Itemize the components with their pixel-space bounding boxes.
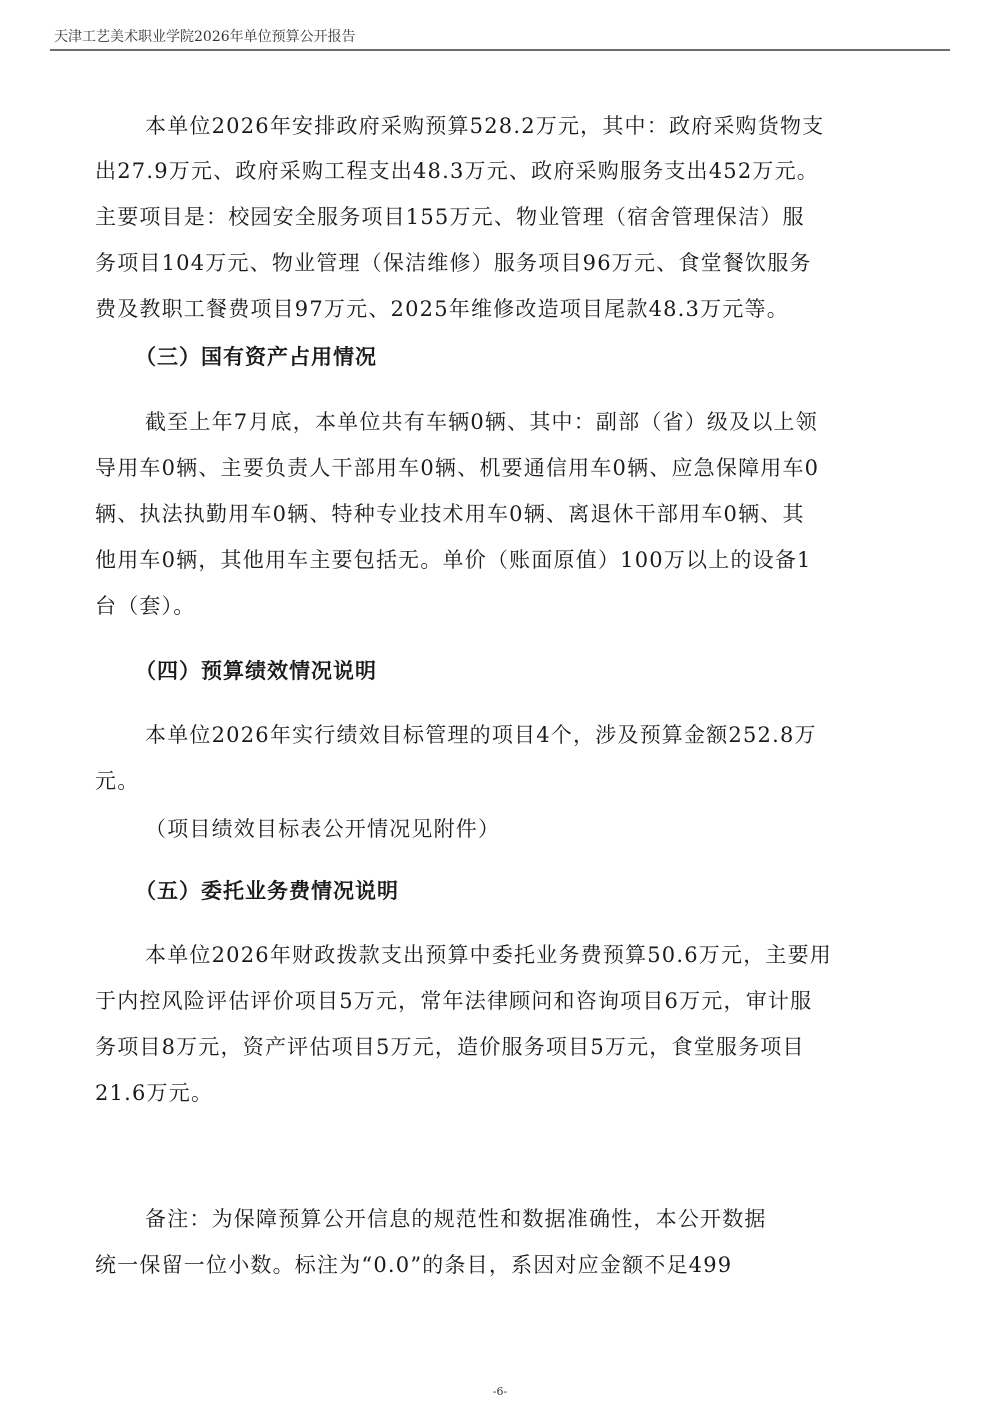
section-heading: （五）委托业务费情况说明: [135, 877, 399, 905]
paragraph-line: 备注：为保障预算公开信息的规范性和数据准确性，本公开数据: [145, 1205, 975, 1233]
paragraph-line: 辆、执法执勤用车0辆、特种专业技术用车0辆、离退休干部用车0辆、其: [95, 500, 925, 528]
paragraph-line: 务项目104万元、物业管理（保洁维修）服务项目96万元、食堂餐饮服务: [95, 249, 925, 277]
paragraph-line: 务项目8万元，资产评估项目5万元，造价服务项目5万元，食堂服务项目: [95, 1033, 925, 1061]
paragraph-line: 元。: [95, 767, 925, 795]
paragraph-line: 本单位2026年安排政府采购预算528.2万元，其中：政府采购货物支: [145, 112, 975, 140]
paragraph-line: 导用车0辆、主要负责人干部用车0辆、机要通信用车0辆、应急保障用车0: [95, 454, 925, 482]
attachment-note: （项目绩效目标表公开情况见附件）: [145, 815, 975, 843]
paragraph-line: 出27.9万元、政府采购工程支出48.3万元、政府采购服务支出452万元。: [95, 157, 925, 185]
paragraph-line: 他用车0辆，其他用车主要包括无。单价（账面原值）100万以上的设备1: [95, 546, 925, 574]
page-number: -6-: [0, 1385, 1000, 1398]
paragraph-line: 台（套）。: [95, 592, 925, 620]
paragraph-line: 本单位2026年财政拨款支出预算中委托业务费预算50.6万元，主要用: [145, 941, 975, 969]
paragraph-line: 本单位2026年实行绩效目标管理的项目4个，涉及预算金额252.8万: [145, 721, 975, 749]
document-title: 天津工艺美术职业学院2026年单位预算公开报告: [54, 26, 356, 46]
paragraph-line: 截至上年7月底，本单位共有车辆0辆、其中：副部（省）级及以上领: [145, 408, 975, 436]
paragraph-line: 于内控风险评估评价项目5万元，常年法律顾问和咨询项目6万元，审计服: [95, 987, 925, 1015]
paragraph-line: 费及教职工餐费项目97万元、2025年维修改造项目尾款48.3万元等。: [95, 295, 925, 323]
header-divider: [50, 49, 950, 51]
section-heading: （四）预算绩效情况说明: [135, 657, 377, 685]
paragraph-line: 统一保留一位小数。标注为“0.0”的条目，系因对应金额不足499: [95, 1251, 925, 1279]
section-heading: （三）国有资产占用情况: [135, 343, 377, 371]
paragraph-line: 主要项目是：校园安全服务项目155万元、物业管理（宿舍管理保洁）服: [95, 203, 925, 231]
paragraph-line: 21.6万元。: [95, 1079, 925, 1107]
